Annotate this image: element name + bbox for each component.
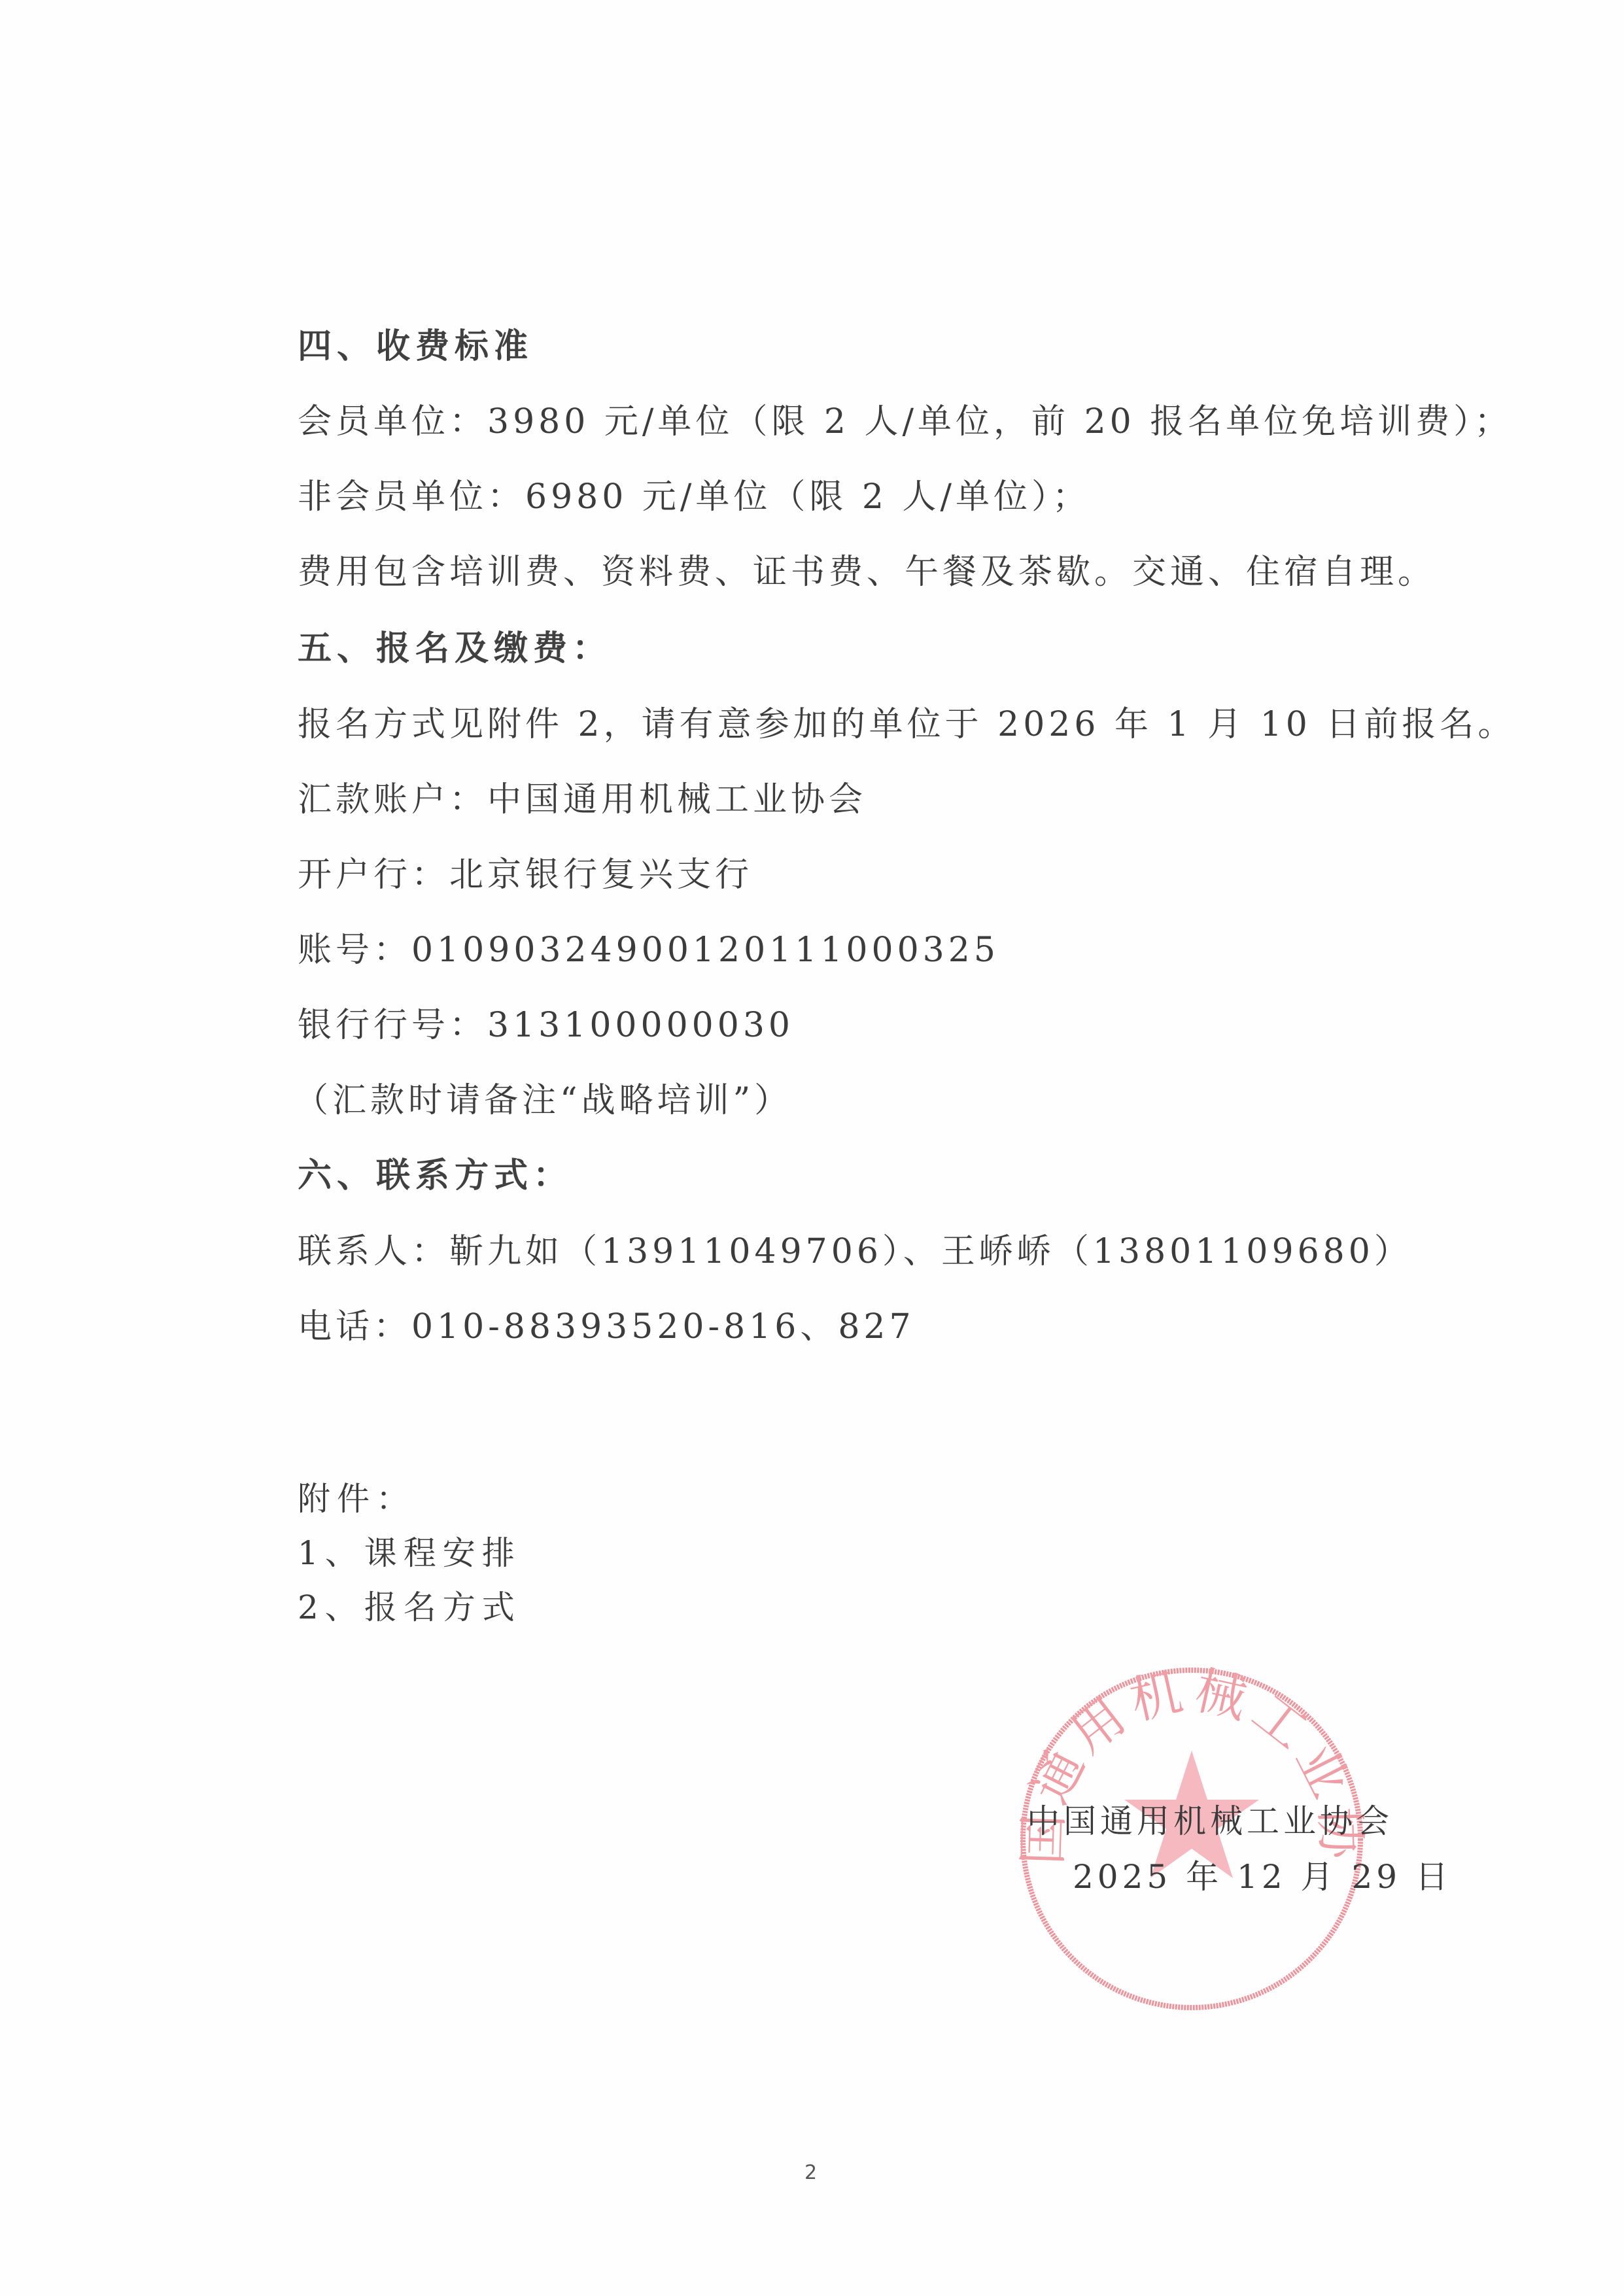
attachments-label: 附件： (298, 1479, 415, 1518)
document-page: 四、收费标准 会员单位：3980 元/单位（限 2 人/单位，前 20 报名单位… (0, 0, 1624, 2296)
section-heading-contact: 六、联系方式： (298, 1156, 572, 1195)
section-heading-registration: 五、报名及缴费： (298, 629, 612, 668)
page-number: 2 (804, 2161, 817, 2184)
fee-member: 会员单位：3980 元/单位（限 2 人/单位，前 20 报名单位免培训费）； (298, 402, 1512, 441)
fee-included: 费用包含培训费、资料费、证书费、午餐及茶歇。交通、住宿自理。 (298, 553, 1436, 592)
bank-code: 银行行号：313100000030 (298, 1006, 794, 1045)
account-name: 汇款账户：中国通用机械工业协会 (298, 780, 867, 819)
account-number: 账号：01090324900120111000325 (298, 931, 999, 970)
fee-non-member: 非会员单位：6980 元/单位（限 2 人/单位）； (298, 477, 1090, 517)
contact-phone: 电话：010-88393520-816、827 (298, 1307, 915, 1346)
signature-date: 2025 年 12 月 29 日 (1073, 1857, 1452, 1896)
contact-persons: 联系人：靳九如（13911049706）、王峤峤（13801109680） (298, 1232, 1412, 1271)
attachment-item: 1、课程安排 (298, 1534, 521, 1573)
signature-organization: 中国通用机械工业协会 (1027, 1802, 1393, 1841)
section-heading-fees: 四、收费标准 (298, 327, 533, 366)
registration-method: 报名方式见附件 2，请有意参加的单位于 2026 年 1 月 10 日前报名。 (298, 705, 1515, 744)
payment-remark: （汇款时请备注“战略培训”） (294, 1081, 792, 1120)
attachment-item: 2、报名方式 (298, 1588, 521, 1627)
bank-name: 开户行：北京银行复兴支行 (298, 855, 753, 895)
